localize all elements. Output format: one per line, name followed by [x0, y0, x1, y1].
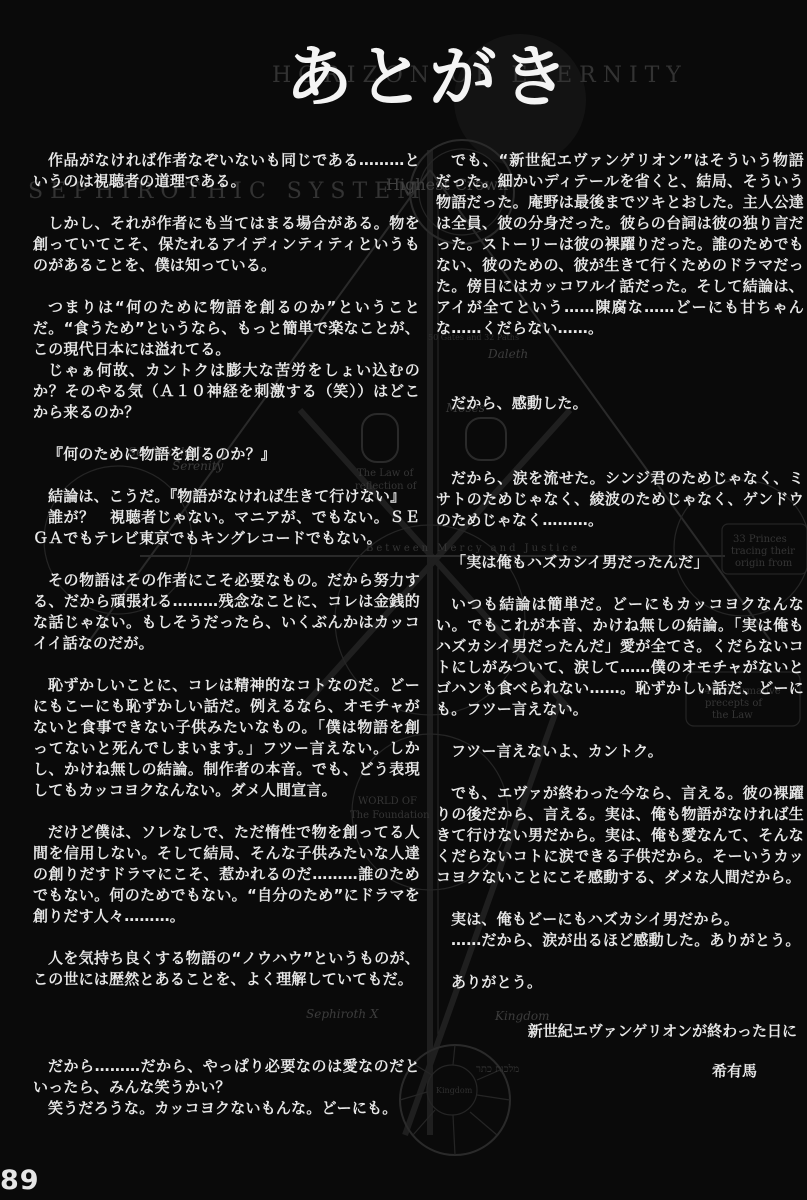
- paragraph: でも、“新世紀エヴァンゲリオン”はそういう物語だった。細かいディテールを省くと、…: [436, 150, 804, 339]
- paragraph: 「実は俺もハズカシイ男だったんだ」: [436, 552, 804, 573]
- right-column: でも、“新世紀エヴァンゲリオン”はそういう物語だった。細かいディテールを省くと、…: [436, 150, 804, 1119]
- paragraph: その物語はその作者にこそ必要なもの。だから努力する、だから頑張れる………残念なこ…: [33, 570, 420, 654]
- paragraph: いつも結論は簡単だ。どーにもカッコヨクなんない。でもこれが本音、かけね無しの結論…: [436, 594, 804, 720]
- paragraph: 『何のために物語を創るのか？』: [33, 444, 420, 465]
- paragraph: だから、涙を流せた。シンジ君のためじゃなく、ミサトのためじゃなく、綾波のためじゃ…: [436, 468, 804, 531]
- page-number: 89: [0, 1165, 40, 1196]
- paragraph: 笑うだろうな。カッコヨクないもんな。どーにも。: [33, 1098, 420, 1119]
- closing-block: 新世紀エヴァンゲリオンが終わった日に 希有馬: [528, 1021, 797, 1082]
- essay-body: 作品がなければ作者なぞいないも同じである………というのは視聴者の道理である。しか…: [33, 150, 804, 1119]
- paragraph: フツー言えないよ、カントク。: [436, 741, 804, 762]
- paragraph: つまりは“何のために物語を創るのか”ということだ。“食うため”というなら、もっと…: [33, 297, 420, 360]
- paragraph: しかし、それが作者にも当てはまる場合がある。物を創っていてこそ、保たれるアイディ…: [33, 213, 420, 276]
- closing-dateline: 新世紀エヴァンゲリオンが終わった日に: [528, 1021, 797, 1042]
- paragraph: だから………だから、やっぱり必要なのは愛なのだといったら、みんな笑うかい？: [33, 1056, 420, 1098]
- paragraph: でも、エヴァが終わった今なら、言える。彼の裸躍りの後だから、言える。実は、俺も物…: [436, 783, 804, 888]
- scanned-afterword-page: { "page": { "title": "あとがき", "page_numbe…: [0, 0, 807, 1200]
- paragraph: 人を気持ち良くする物語の“ノウハウ”というものが、この世には歴然とあることを、よ…: [33, 948, 420, 990]
- left-column: 作品がなければ作者なぞいないも同じである………というのは視聴者の道理である。しか…: [33, 150, 420, 1119]
- paragraph: 恥ずかしいことに、コレは精神的なコトなのだ。どーにもこーにも恥ずかしい話だ。例え…: [33, 675, 420, 801]
- paragraph: 作品がなければ作者なぞいないも同じである………というのは視聴者の道理である。: [33, 150, 420, 192]
- paragraph: 誰が？ 視聴者じゃない。マニアが、でもない。ＳＥＧＡでもテレビ東京でもキングレコ…: [33, 507, 420, 549]
- paragraph: ……だから、涙が出るほど感動した。ありがとう。: [436, 930, 804, 951]
- paragraph: ありがとう。: [436, 972, 804, 993]
- paragraph: じゃぁ何故、カントクは膨大な苦労をしょい込むのか？そのやる気（Ａ１０神経を刺激す…: [33, 360, 420, 423]
- paragraph: 実は、俺もどーにもハズカシイ男だから。: [436, 909, 804, 930]
- page-title: あとがき: [0, 24, 807, 120]
- paragraph: だから、感動した。: [436, 393, 804, 414]
- paragraph: 結論は、こうだ。『物語がなければ生きて行けない』: [33, 486, 420, 507]
- author-signature: 希有馬: [528, 1061, 757, 1082]
- paragraph: だけど僕は、ソレなしで、ただ惰性で物を創ってる人間を信用しない。そして結局、そん…: [33, 822, 420, 927]
